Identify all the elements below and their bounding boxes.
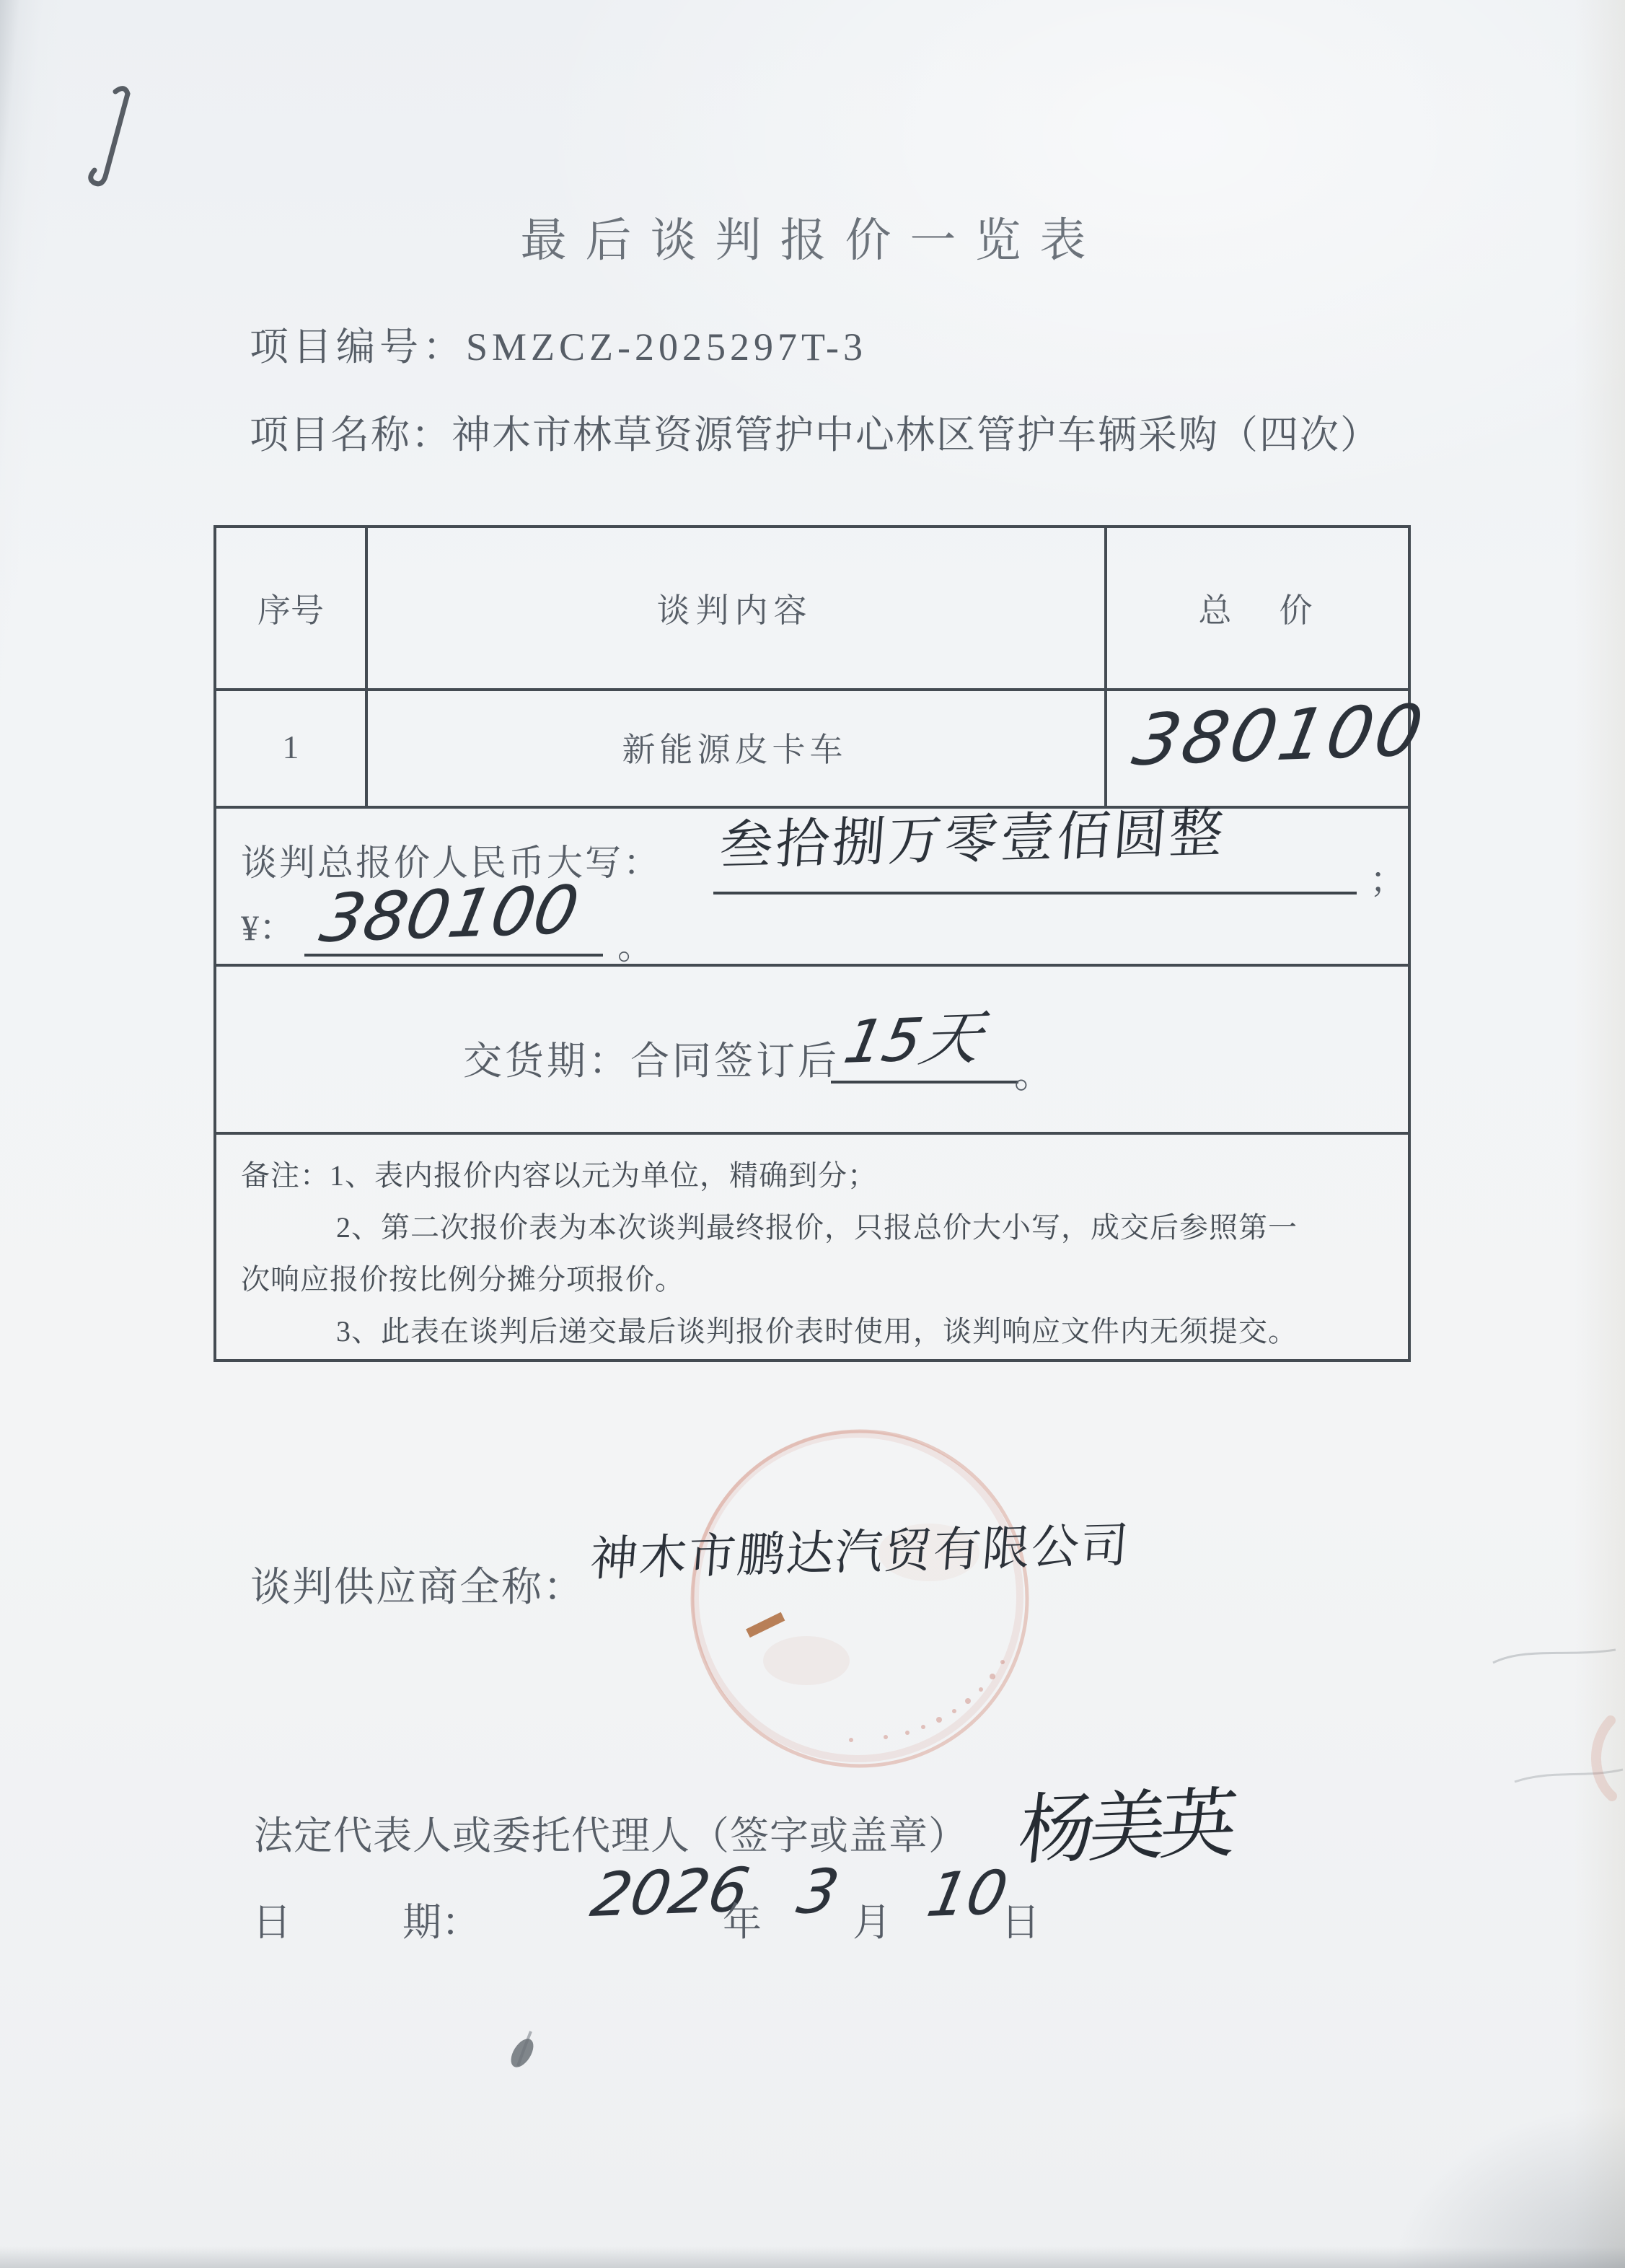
project-number-label: 项目编号： bbox=[250, 325, 466, 369]
amount-figures-handwritten: 380100 bbox=[314, 871, 585, 957]
date-month-handwritten: 3 bbox=[792, 1855, 845, 1928]
row-cell-content: 新能源皮卡车 bbox=[365, 688, 1104, 806]
project-number-line: 项目编号：SMZCZ-2025297T-3 bbox=[250, 316, 867, 372]
note-line-4: 3、此表在谈判后递交最后谈判报价表时使用，谈判响应文件内无须提交。 bbox=[241, 1309, 1298, 1350]
note-line-2: 2、第二次报价表为本次谈判最终报价，只报总价大小写，成交后参照第一 bbox=[241, 1205, 1298, 1246]
project-name-label: 项目名称： bbox=[250, 413, 452, 457]
ink-smudge bbox=[496, 2021, 554, 2086]
note-line-1: 备注：1、表内报价内容以元为单位，精确到分； bbox=[241, 1153, 877, 1194]
date-day-unit: 日 bbox=[1001, 1891, 1040, 1947]
fill-in-underline bbox=[831, 1081, 1018, 1084]
delivery-days-handwritten: 15天 bbox=[838, 991, 990, 1080]
delivery-period: 。 bbox=[1014, 1043, 1053, 1099]
date-year-unit: 年 bbox=[723, 1891, 762, 1947]
fill-in-underline bbox=[304, 954, 603, 957]
table-gridline bbox=[215, 964, 1409, 967]
supplier-name-handwritten: 神木市鹏达汽贸有限公司 bbox=[588, 1506, 1132, 1589]
project-name-value: 神木市林草资源管护中心林区管护车辆采购（四次） bbox=[452, 413, 1380, 457]
bleed-through-marks bbox=[1482, 1634, 1625, 1807]
quotation-table: 序号 谈判内容 总 价 1 新能源皮卡车 380100 谈判总报价人民币大写： … bbox=[213, 525, 1411, 1362]
amount-in-words-semicolon: ； bbox=[1370, 851, 1406, 903]
amount-in-words-handwritten: 叁拾捌万零壹佰圆整 bbox=[717, 790, 1229, 880]
company-seal-stamp bbox=[669, 1423, 1059, 1790]
page-title: 最后谈判报价一览表 bbox=[0, 203, 1625, 270]
header-cell-total: 总 价 bbox=[1104, 528, 1414, 688]
row-cell-no: 1 bbox=[216, 688, 365, 806]
supplier-name-label: 谈判供应商全称： bbox=[250, 1555, 585, 1613]
table-gridline bbox=[215, 1132, 1409, 1135]
scanned-document-page: 最后谈判报价一览表 项目编号：SMZCZ-2025297T-3 项目名称：神木市… bbox=[0, 0, 1625, 2268]
amount-figures-label: ¥： bbox=[241, 899, 295, 951]
representative-label: 法定代表人或委托代理人（签字或盖章） bbox=[254, 1805, 968, 1860]
representative-signature-handwritten: 杨美英 bbox=[1014, 1762, 1238, 1880]
header-cell-content: 谈判内容 bbox=[365, 528, 1104, 688]
date-label-ri: 日 bbox=[252, 1891, 291, 1947]
header-cell-no: 序号 bbox=[216, 528, 365, 688]
amount-figures-period: 。 bbox=[617, 918, 653, 970]
project-name-line: 项目名称：神木市林草资源管护中心林区管护车辆采购（四次） bbox=[250, 404, 1380, 460]
delivery-term-label: 交货期：合同签订后 bbox=[463, 1030, 840, 1086]
date-label-qi: 期： bbox=[402, 1891, 480, 1947]
project-number-value: SMZCZ-2025297T-3 bbox=[466, 325, 867, 369]
note-line-3: 次响应报价按比例分摊分项报价。 bbox=[241, 1257, 684, 1298]
fill-in-underline bbox=[713, 892, 1357, 895]
date-month-unit: 月 bbox=[853, 1891, 891, 1947]
pen-stroke-mark bbox=[72, 76, 144, 209]
row-cell-total-handwritten: 380100 bbox=[1127, 690, 1432, 782]
date-day-handwritten: 10 bbox=[922, 1857, 1013, 1930]
